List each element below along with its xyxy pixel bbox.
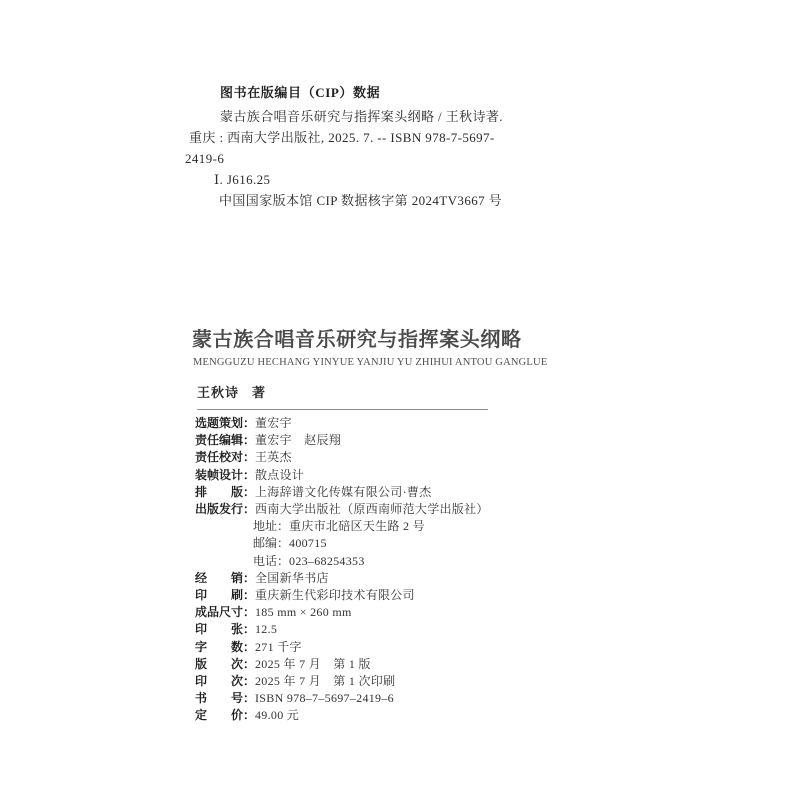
colophon-label: 印次 — [195, 673, 243, 690]
colophon-value: 12.5 — [255, 622, 277, 636]
colophon-value: 2025 年 7 月 第 1 版 — [255, 657, 371, 671]
cip-line: 2419-6 — [185, 148, 645, 169]
colophon-label: 成品尺寸 — [195, 604, 243, 621]
colophon-colon: ： — [277, 518, 289, 535]
colophon-value: 400715 — [289, 536, 327, 550]
colophon-label: 经销 — [195, 570, 243, 587]
colophon-colon: ： — [243, 415, 255, 432]
colophon-colon: ： — [243, 690, 255, 707]
colophon-value: 023–68254353 — [289, 554, 365, 568]
colophon-value: 全国新华书店 — [255, 571, 329, 585]
colophon-colon: ： — [243, 621, 255, 638]
colophon-row: 书号：ISBN 978–7–5697–2419–6 — [195, 690, 665, 707]
colophon-row: 印刷：重庆新生代彩印技术有限公司 — [195, 587, 665, 604]
colophon-value: 上海辞谱文化传媒有限公司·曹杰 — [255, 485, 432, 499]
colophon-value: 王英杰 — [255, 450, 292, 464]
colophon-colon: ： — [243, 707, 255, 724]
colophon-row: 经销：全国新华书店 — [195, 570, 665, 587]
colophon-label: 地址 — [253, 518, 277, 535]
colophon-label: 印张 — [195, 621, 243, 638]
colophon-label: 字数 — [195, 639, 243, 656]
colophon-value: 西南大学出版社（原西南师范大学出版社） — [255, 502, 489, 516]
colophon-label: 装帧设计 — [195, 467, 243, 484]
colophon-row: 成品尺寸：185 mm × 260 mm — [195, 604, 665, 621]
colophon-row: 责任编辑：董宏宇 赵辰翔 — [195, 432, 665, 449]
colophon-colon: ： — [243, 449, 255, 466]
colophon-label: 排版 — [195, 484, 243, 501]
copyright-page: 图书在版编目（CIP）数据 蒙古族合唱音乐研究与指挥案头纲略 / 王秋诗著.重庆… — [0, 0, 800, 800]
book-title: 蒙古族合唱音乐研究与指挥案头纲略 — [192, 327, 522, 353]
colophon-row: 装帧设计：散点设计 — [195, 467, 665, 484]
colophon: 选题策划：董宏宇 责任编辑：董宏宇 赵辰翔 责任校对：王英杰 装帧设计：散点设计… — [195, 415, 665, 725]
colophon-value: 185 mm × 260 mm — [255, 605, 352, 619]
colophon-label: 责任校对 — [195, 449, 243, 466]
colophon-row: 邮编：400715 — [195, 535, 665, 552]
colophon-value: 2025 年 7 月 第 1 次印刷 — [255, 674, 395, 688]
colophon-value: 董宏宇 赵辰翔 — [255, 433, 341, 447]
colophon-colon: ： — [243, 501, 255, 518]
colophon-value: 49.00 元 — [255, 708, 299, 722]
colophon-colon: ： — [243, 639, 255, 656]
colophon-row: 定价：49.00 元 — [195, 707, 665, 724]
colophon-row: 选题策划：董宏宇 — [195, 415, 665, 432]
colophon-row: 印次：2025 年 7 月 第 1 次印刷 — [195, 673, 665, 690]
colophon-label: 责任编辑 — [195, 432, 243, 449]
colophon-label: 版次 — [195, 656, 243, 673]
colophon-colon: ： — [243, 467, 255, 484]
colophon-row: 地址：重庆市北碚区天生路 2 号 — [195, 518, 665, 535]
colophon-label: 书号 — [195, 690, 243, 707]
title-divider — [197, 409, 488, 410]
colophon-colon: ： — [277, 553, 289, 570]
colophon-colon: ： — [243, 673, 255, 690]
cip-line: 中国国家版本馆 CIP 数据核字第 2024TV3667 号 — [219, 190, 645, 211]
colophon-label: 印刷 — [195, 587, 243, 604]
colophon-row: 电话：023–68254353 — [195, 553, 665, 570]
book-title-pinyin: MENGGUZU HECHANG YINYUE YANJIU YU ZHIHUI… — [193, 356, 547, 369]
colophon-value: ISBN 978–7–5697–2419–6 — [255, 691, 394, 705]
colophon-colon: ： — [243, 432, 255, 449]
colophon-value: 董宏宇 — [255, 416, 292, 430]
colophon-colon: ： — [243, 570, 255, 587]
colophon-colon: ： — [243, 587, 255, 604]
colophon-value: 重庆市北碚区天生路 2 号 — [289, 519, 425, 533]
colophon-row: 责任校对：王英杰 — [195, 449, 665, 466]
colophon-label: 选题策划 — [195, 415, 243, 432]
colophon-row: 排版：上海辞谱文化传媒有限公司·曹杰 — [195, 484, 665, 501]
colophon-label: 定价 — [195, 707, 243, 724]
colophon-colon: ： — [277, 535, 289, 552]
cip-line: 蒙古族合唱音乐研究与指挥案头纲略 / 王秋诗著. — [220, 106, 645, 127]
colophon-row: 版次：2025 年 7 月 第 1 版 — [195, 656, 665, 673]
cip-line: Ⅰ. J616.25 — [214, 169, 645, 190]
author-name: 王秋诗 — [197, 385, 239, 400]
colophon-label: 出版发行 — [195, 501, 243, 518]
colophon-value: 重庆新生代彩印技术有限公司 — [255, 588, 415, 602]
colophon-row: 出版发行：西南大学出版社（原西南师范大学出版社） — [195, 501, 665, 518]
author-line: 王秋诗著 — [197, 385, 266, 401]
colophon-label: 邮编 — [253, 535, 277, 552]
colophon-row: 字数：271 千字 — [195, 639, 665, 656]
colophon-row: 印张：12.5 — [195, 621, 665, 638]
colophon-colon: ： — [243, 656, 255, 673]
cip-lines: 蒙古族合唱音乐研究与指挥案头纲略 / 王秋诗著.重庆 : 西南大学出版社, 20… — [185, 106, 645, 211]
cip-block: 图书在版编目（CIP）数据 蒙古族合唱音乐研究与指挥案头纲略 / 王秋诗著.重庆… — [185, 82, 645, 211]
colophon-label: 电话 — [253, 553, 277, 570]
colophon-colon: ： — [243, 484, 255, 501]
cip-line: 重庆 : 西南大学出版社, 2025. 7. -- ISBN 978-7-569… — [189, 127, 645, 148]
colophon-value: 散点设计 — [255, 468, 304, 482]
author-role: 著 — [252, 385, 266, 400]
colophon-colon: ： — [243, 604, 255, 621]
colophon-value: 271 千字 — [255, 640, 302, 654]
cip-header: 图书在版编目（CIP）数据 — [220, 82, 645, 103]
